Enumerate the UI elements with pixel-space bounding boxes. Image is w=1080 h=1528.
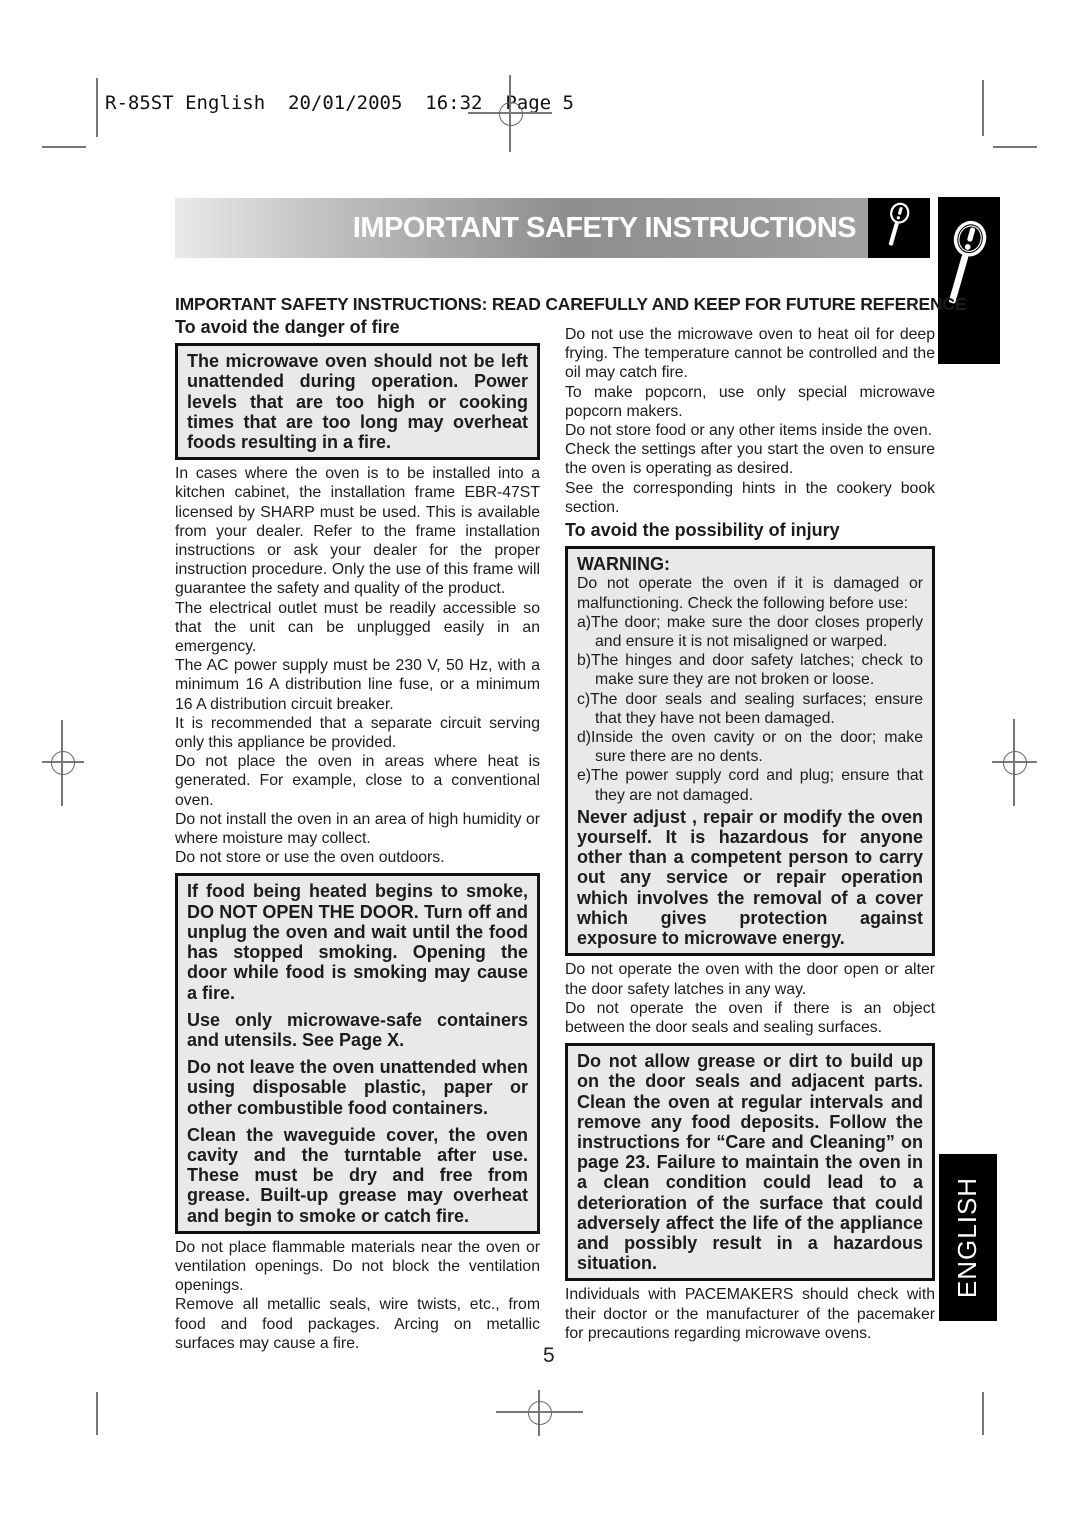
- paragraph: Clean the waveguide cover, the oven cavi…: [187, 1125, 528, 1226]
- left-paragraph-group-2: Do not place flammable materials near th…: [175, 1238, 540, 1353]
- warning-checklist: a)The door; make sure the door closes pr…: [577, 613, 923, 805]
- right-column: Do not use the microwave oven to heat oi…: [565, 325, 935, 1343]
- left-column: To avoid the danger of fire The microwav…: [175, 318, 540, 1353]
- exclamation-magnifier-icon: [884, 200, 914, 257]
- paragraph: a)The door; make sure the door closes pr…: [577, 613, 923, 651]
- crop-mark-top-left-horizontal: [42, 146, 86, 148]
- crop-mark-top-left-vertical: [96, 78, 98, 137]
- manual-page: { "header": { "slug": "R-85ST English 20…: [0, 0, 1080, 1528]
- warning-box-text: Do not allow grease or dirt to build up …: [577, 1051, 923, 1273]
- paragraph: Do not store food or any other items ins…: [565, 421, 935, 440]
- paragraph: The AC power supply must be 230 V, 50 Hz…: [175, 656, 540, 714]
- left-subheading: To avoid the danger of fire: [175, 318, 540, 337]
- warning-box-smoke: If food being heated begins to smoke, DO…: [175, 873, 540, 1233]
- paragraph: Do not use the microwave oven to heat oi…: [565, 325, 935, 383]
- paragraph: Check the settings after you start the o…: [565, 440, 935, 478]
- paragraph: Use only microwave-safe containers and u…: [187, 1010, 528, 1050]
- crop-mark-bottom-right-vertical: [982, 1392, 984, 1435]
- paragraph: Do not store or use the oven outdoors.: [175, 848, 540, 867]
- right-subheading: To avoid the possibility of injury: [565, 521, 935, 540]
- warning-box-damage: WARNING: Do not operate the oven if it i…: [565, 546, 935, 956]
- language-tab: ENGLISH: [939, 1154, 997, 1321]
- warning-bold-text: Never adjust , repair or modify the oven…: [577, 807, 923, 948]
- paragraph: d)Inside the oven cavity or on the door;…: [577, 728, 923, 766]
- paragraph: Do not operate the oven with the door op…: [565, 960, 935, 998]
- exclamation-magnifier-icon: [948, 211, 990, 336]
- paragraph: See the corresponding hints in the cooke…: [565, 479, 935, 517]
- right-paragraph-group-3: Individuals with PACEMAKERS should check…: [565, 1285, 935, 1343]
- paragraph: It is recommended that a separate circui…: [175, 714, 540, 752]
- left-paragraph-group-1: In cases where the oven is to be install…: [175, 464, 540, 867]
- paragraph: The electrical outlet must be readily ac…: [175, 599, 540, 657]
- page-title: IMPORTANT SAFETY INSTRUCTIONS: [175, 198, 868, 258]
- paragraph: If food being heated begins to smoke, DO…: [187, 881, 528, 1002]
- warning-box-grease: Do not allow grease or dirt to build up …: [565, 1043, 935, 1281]
- paragraph: Do not leave the oven unattended when us…: [187, 1057, 528, 1118]
- right-paragraph-group-2: Do not operate the oven with the door op…: [565, 960, 935, 1037]
- right-paragraph-group-1: Do not use the microwave oven to heat oi…: [565, 325, 935, 517]
- warning-box-text: The microwave oven should not be left un…: [187, 351, 528, 452]
- warning-title: WARNING:: [577, 554, 923, 574]
- paragraph: Do not place the oven in areas where hea…: [175, 752, 540, 810]
- paragraph: Do not place flammable materials near th…: [175, 1238, 540, 1296]
- crop-mark-top-right-horizontal: [993, 146, 1037, 148]
- alert-icon-square: [868, 198, 930, 258]
- paragraph: In cases where the oven is to be install…: [175, 464, 540, 598]
- crop-mark-bottom-left-vertical: [96, 1392, 98, 1435]
- paragraph: To make popcorn, use only special microw…: [565, 383, 935, 421]
- title-bar: IMPORTANT SAFETY INSTRUCTIONS: [175, 198, 930, 258]
- paragraph: Do not operate the oven if there is an o…: [565, 999, 935, 1037]
- section-heading: IMPORTANT SAFETY INSTRUCTIONS: READ CARE…: [175, 294, 935, 315]
- paragraph: Individuals with PACEMAKERS should check…: [565, 1285, 935, 1343]
- paragraph: Do not install the oven in an area of hi…: [175, 810, 540, 848]
- language-tab-label: ENGLISH: [953, 1177, 984, 1298]
- crop-mark-top-right-vertical: [982, 80, 984, 136]
- warning-box-unattended: The microwave oven should not be left un…: [175, 343, 540, 460]
- paragraph: c)The door seals and sealing surfaces; e…: [577, 690, 923, 728]
- warning-intro: Do not operate the oven if it is damaged…: [577, 574, 923, 612]
- paragraph: b)The hinges and door safety latches; ch…: [577, 651, 923, 689]
- paragraph: e)The power supply cord and plug; ensure…: [577, 766, 923, 804]
- paragraph: Remove all metallic seals, wire twists, …: [175, 1295, 540, 1353]
- chapter-tab-box: [938, 197, 1000, 364]
- page-number: 5: [543, 1344, 555, 1368]
